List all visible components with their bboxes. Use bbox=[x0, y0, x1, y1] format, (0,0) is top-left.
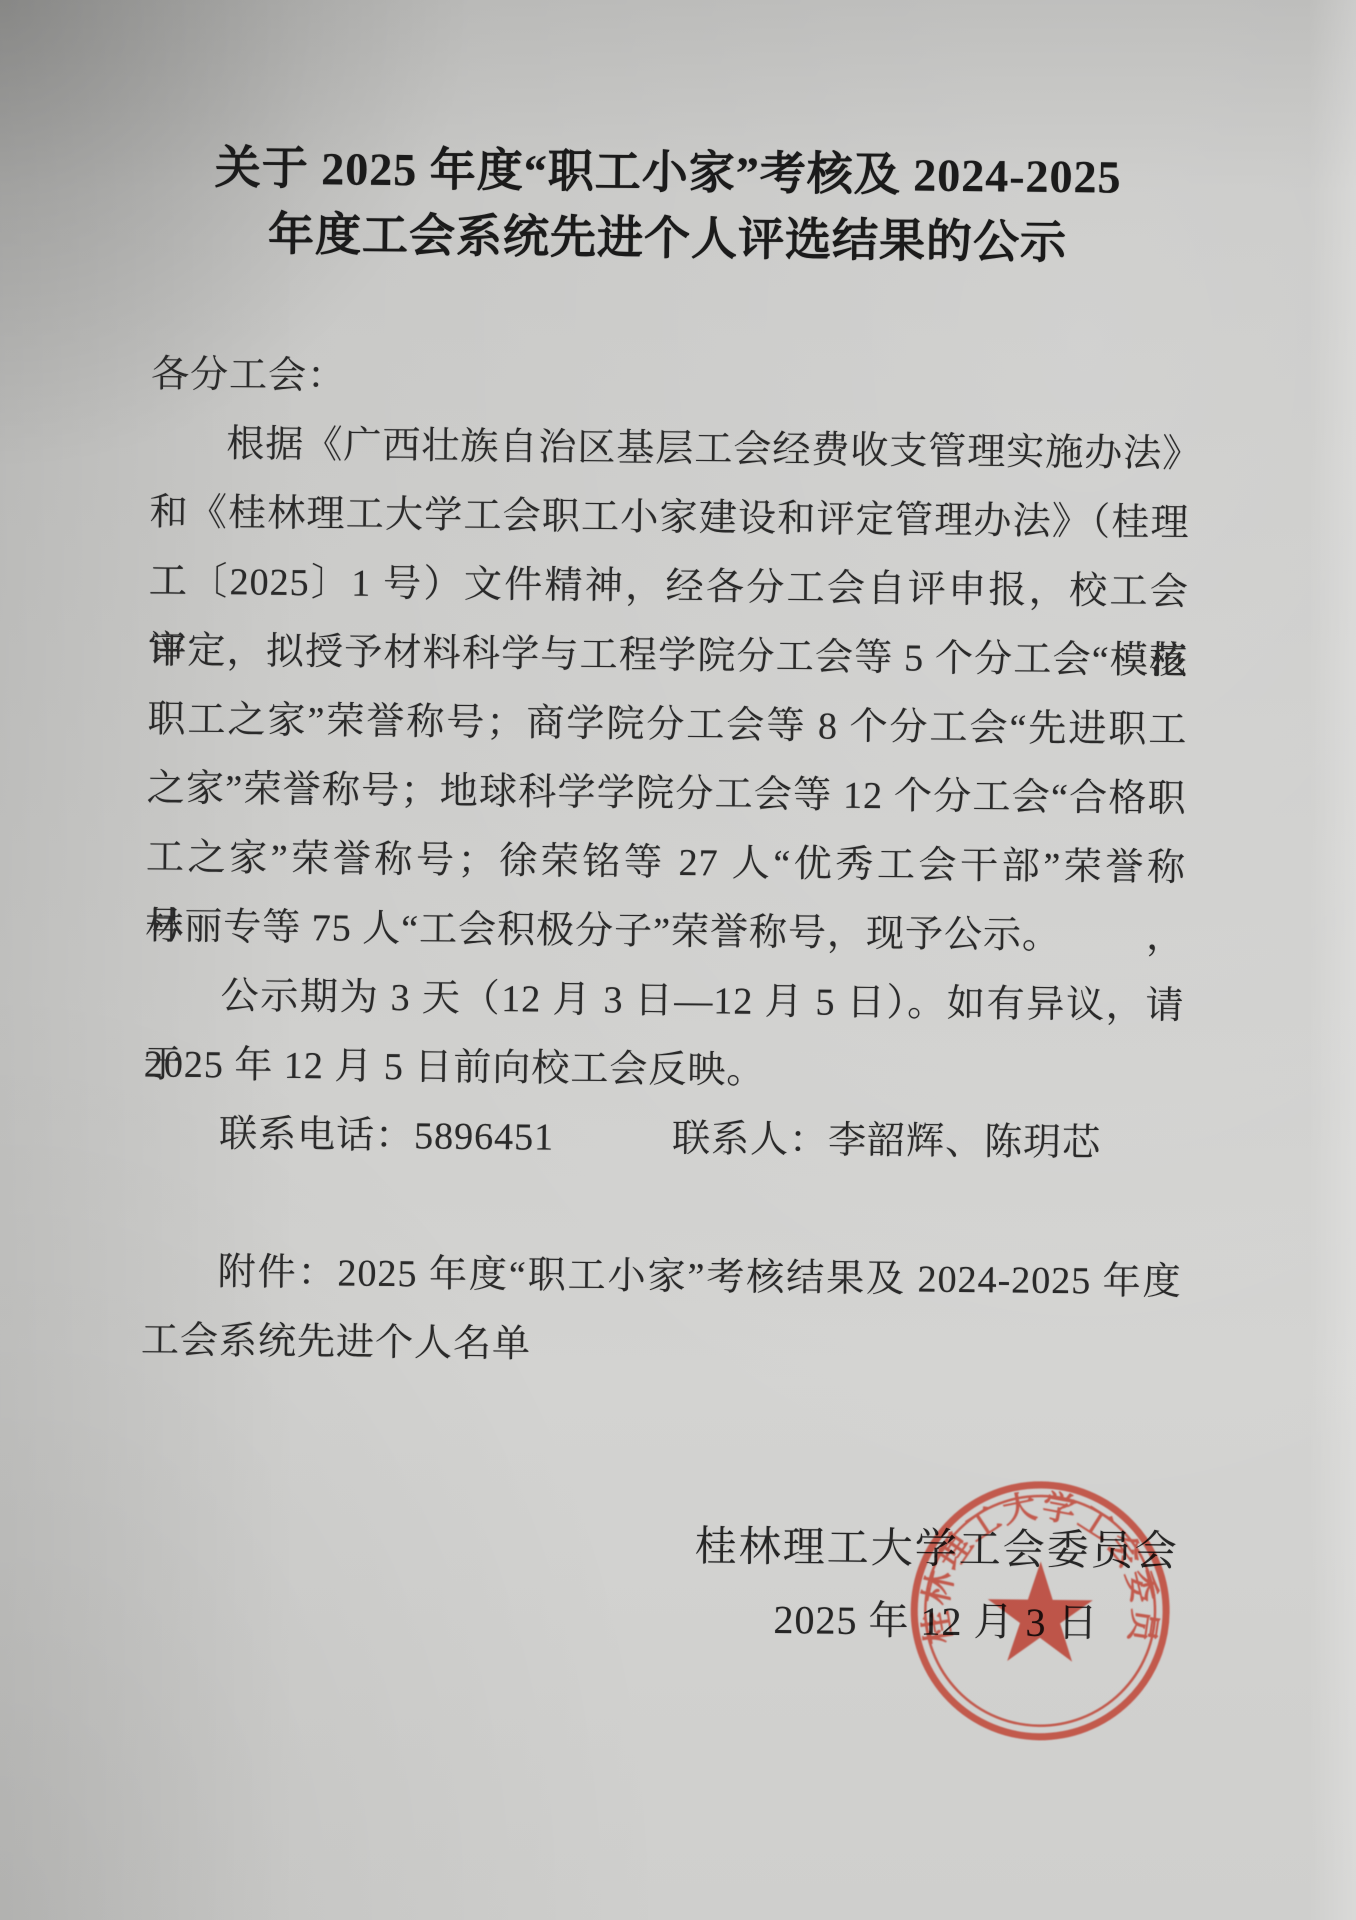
document-body: 各分工会： 根据《广西壮族自治区基层工会经费收支管理实施办法》 和《桂林理工大学… bbox=[141, 340, 1192, 1386]
contact-gap bbox=[554, 1150, 672, 1151]
official-seal: 桂林理工大学工会委员会 bbox=[903, 1470, 1178, 1751]
body-line: 工之家”荣誉称号；徐荣铭等 27 人“优秀工会干部”荣誉称号， bbox=[146, 823, 1187, 903]
document-content: 关于 2025 年度“职工小家”考核及 2024-2025 年度工会系统先进个人… bbox=[0, 0, 1356, 1920]
body-line: 和《桂林理工大学工会职工小家建设和评定管理办法》（桂理工 bbox=[149, 478, 1190, 558]
body-line: 评定，拟授予材料科学与工程学院分工会等 5 个分工会“模范 bbox=[148, 616, 1189, 696]
notice-line: 公示期为 3 天（12 月 3 日—12 月 5 日）。如有异议，请于 bbox=[144, 961, 1185, 1041]
document-title: 关于 2025 年度“职工小家”考核及 2024-2025 年度工会系统先进个人… bbox=[112, 134, 1223, 278]
salutation: 各分工会： bbox=[151, 340, 1192, 420]
attachment-line: 附件：2025 年度“职工小家”考核结果及 2024-2025 年度 bbox=[141, 1237, 1182, 1317]
title-line-1: 关于 2025 年度“职工小家”考核及 2024-2025 bbox=[113, 134, 1224, 212]
body-line: 根据《广西壮族自治区基层工会经费收支管理实施办法》 bbox=[150, 409, 1191, 489]
contact-phone-label: 联系电话： bbox=[219, 1113, 414, 1157]
body-line: 林丽专等 75 人“工会积极分子”荣誉称号，现予公示。 bbox=[145, 892, 1186, 972]
attachment-line: 工会系统先进个人名单 bbox=[141, 1306, 1182, 1386]
notice-line: 2025 年 12 月 5 日前向校工会反映。 bbox=[143, 1030, 1184, 1110]
contact-phone-value: 5896451 bbox=[414, 1115, 554, 1158]
body-line: 之家”荣誉称号；地球科学学院分工会等 12 个分工会“合格职 bbox=[146, 754, 1187, 834]
body-line: 工〔2025〕1 号）文件精神，经各分工会自评申报，校工会审核 bbox=[149, 547, 1190, 627]
contact-person-names: 李韶辉、陈玥芯 bbox=[828, 1120, 1101, 1165]
star-icon bbox=[987, 1561, 1093, 1662]
title-line-2: 年度工会系统先进个人评选结果的公示 bbox=[112, 200, 1223, 278]
contact-line: 联系电话：5896451联系人：李韶辉、陈玥芯 bbox=[143, 1099, 1184, 1179]
contact-person-label: 联系人： bbox=[672, 1118, 828, 1162]
body-line: 职工之家”荣誉称号；商学院分工会等 8 个分工会“先进职工 bbox=[147, 685, 1188, 765]
blank-line bbox=[142, 1168, 1183, 1248]
document-page: 关于 2025 年度“职工小家”考核及 2024-2025 年度工会系统先进个人… bbox=[0, 0, 1356, 1920]
